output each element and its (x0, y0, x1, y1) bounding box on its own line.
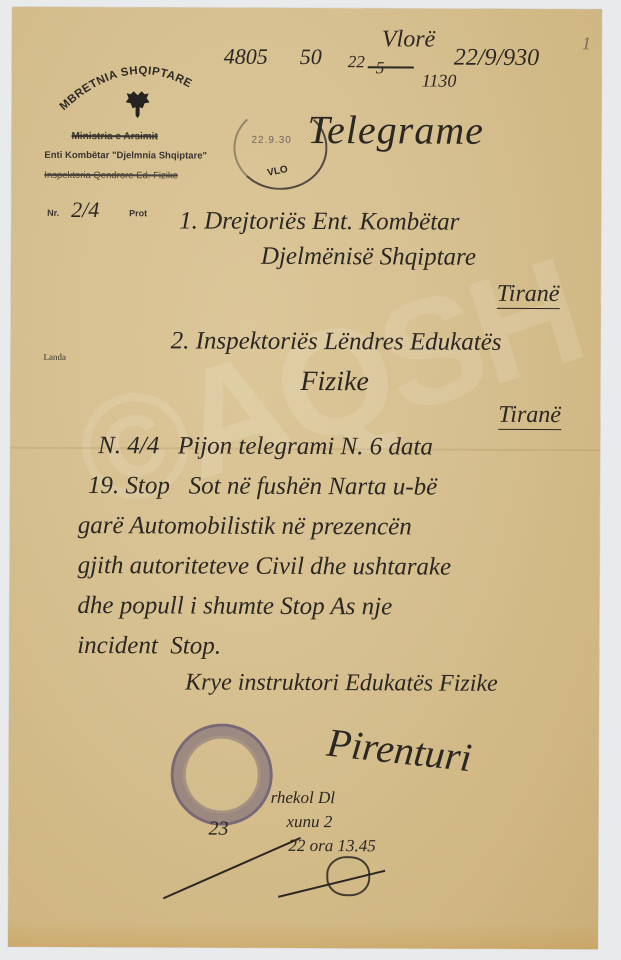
prot-label: Prot (129, 208, 147, 218)
body-line-4: gjith autoriteteve Civil dhe ushtarake (78, 552, 452, 582)
header-number-3: 22 (348, 52, 365, 72)
organization-name: Enti Kombëtar "Djelmnia Shqiptare" (44, 150, 207, 162)
page-mark: 1 (582, 33, 591, 54)
body-line-5: dhe popull i shumte Stop As nje (77, 592, 392, 621)
telegram-document: ©AQSH MBRETNIA SHQIPTARE Ministria e Ars… (8, 7, 602, 950)
nr-value: 2/4 (71, 197, 99, 223)
recipient-2-line2: Fizike (300, 366, 369, 398)
receipt-mark: 23 (208, 818, 228, 841)
header-time: 1130 (422, 71, 457, 92)
double-headed-eagle-icon (124, 89, 152, 119)
body-line-3: garë Automobilistik në prezencën (78, 512, 412, 541)
receipt-line-2: xunu 2 (286, 812, 332, 832)
sender-title: Krye instruktori Edukatës Fizike (185, 669, 498, 697)
inspectorate-struck-text: Inspektoria Qendrore Ed. Fizike (44, 170, 178, 182)
postmark-date: 22.9.30 (251, 135, 291, 146)
recipient-2-line1: 2. Inspektoriës Lëndres Edukatës (171, 327, 502, 356)
recipient-1-city: Tiranë (497, 281, 560, 309)
body-line-6: incident Stop. (77, 632, 221, 661)
signature: Pirenturi (325, 719, 474, 782)
header-number-2: 50 (300, 44, 322, 70)
official-seal (170, 723, 272, 825)
recipient-2-city: Tiranë (498, 402, 561, 430)
recipient-1-line1: 1. Drejtoriës Ent. Kombëtar (179, 207, 459, 236)
body-line-1: N. 4/4 Pijon telegrami N. 6 data (98, 432, 433, 461)
body-line-2: 19. Stop Sot në fushën Narta u-bë (88, 472, 437, 502)
recipient-1-line2: Djelmënisë Shqiptare (261, 243, 476, 272)
initials-scribble (326, 856, 370, 896)
nr-label: Nr. (47, 208, 59, 218)
pen-stroke (163, 837, 301, 899)
header-number-1: 4805 (224, 44, 268, 70)
ministry-struck-text: Ministria e Arsimit (71, 131, 157, 142)
header-place: Vlorë (382, 26, 435, 53)
strike-line (368, 66, 414, 68)
header-date: 22/9/930 (454, 45, 539, 72)
header-number-4: 5 (376, 58, 385, 78)
receipt-line-3: 22 ora 13.45 (288, 836, 375, 856)
margin-label: Landa (44, 352, 67, 362)
telegram-title: Telegrame (307, 106, 484, 154)
receipt-line-1: rhekol Dl (271, 788, 335, 808)
